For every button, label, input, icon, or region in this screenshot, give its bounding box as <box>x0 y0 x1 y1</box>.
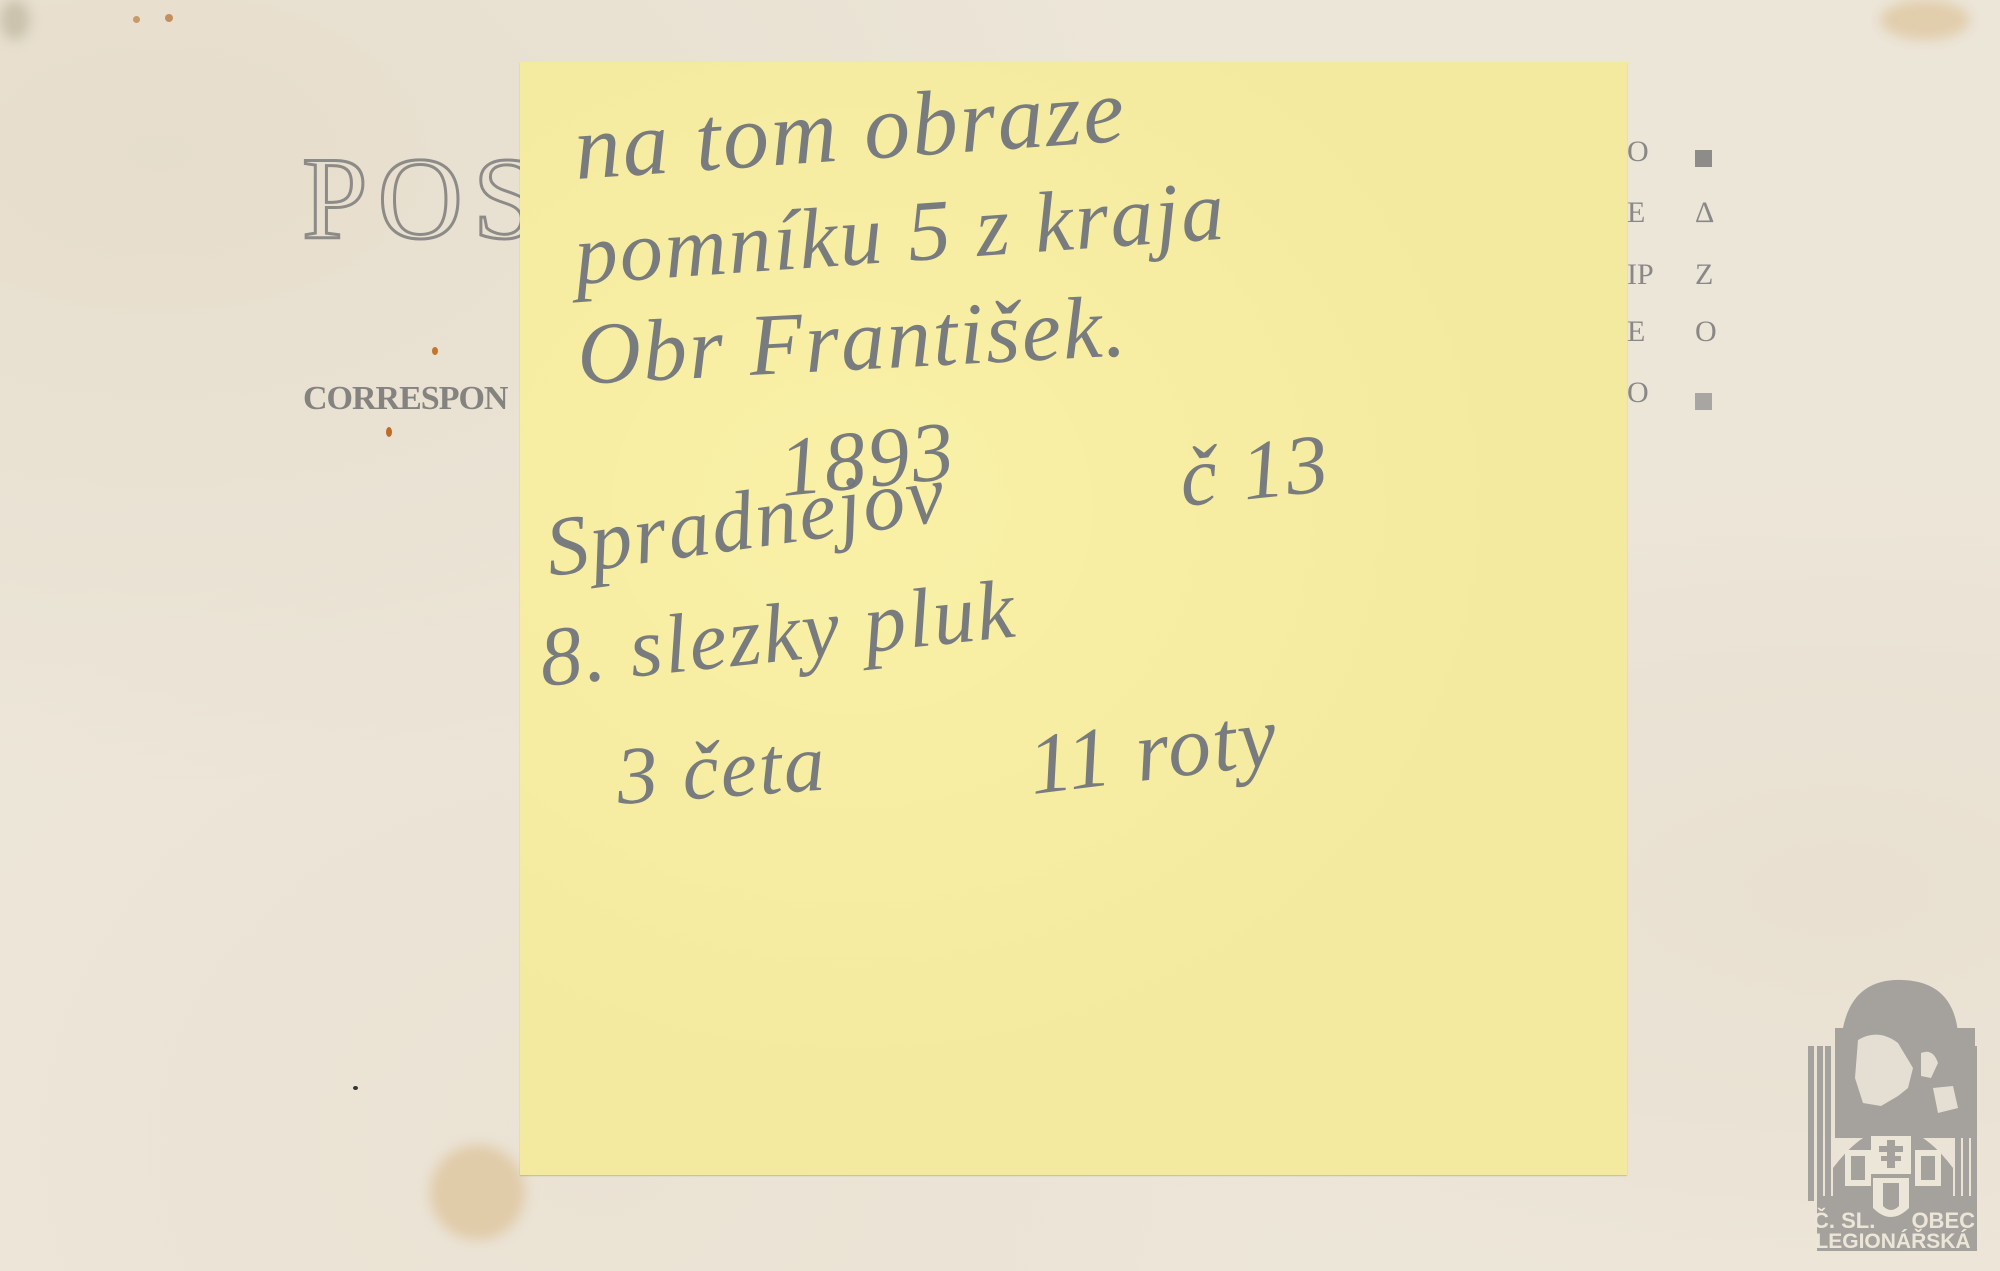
logo-text-line2: LEGIONÁŘSKÁ <box>1803 1230 1983 1254</box>
stain <box>430 1145 525 1240</box>
rust-speck <box>386 427 392 437</box>
stain <box>1880 0 1970 40</box>
square-icon <box>1695 384 1712 418</box>
stamp-letter: O <box>1627 135 1649 169</box>
stain <box>0 0 30 40</box>
stamp-letter: E <box>1627 196 1645 230</box>
stamp-letter: O <box>1695 315 1717 349</box>
handwritten-line-7a: 3 četa <box>613 716 829 824</box>
stamp-letter: Δ <box>1695 196 1714 230</box>
rust-speck <box>133 16 140 23</box>
dot <box>353 1086 358 1090</box>
square-icon <box>1695 141 1712 175</box>
legionnaire-emblem-logo: Č. SL. OBEC LEGIONÁŘSKÁ <box>1803 968 1983 1253</box>
printed-postcard-title: POS <box>302 140 548 258</box>
stamp-letter: IP <box>1627 258 1654 292</box>
stamp-letter: O <box>1627 376 1649 410</box>
postcard-back: POS CORRESPON O E IP E O Δ Z O na tom ob… <box>0 0 2000 1271</box>
stamp-letter: E <box>1627 315 1645 349</box>
handwritten-number: č 13 <box>1175 415 1335 527</box>
printed-correspondence-label: CORRESPON <box>303 380 507 418</box>
rust-speck <box>165 14 173 22</box>
stamp-letter: Z <box>1695 258 1713 292</box>
rust-speck <box>432 347 438 355</box>
